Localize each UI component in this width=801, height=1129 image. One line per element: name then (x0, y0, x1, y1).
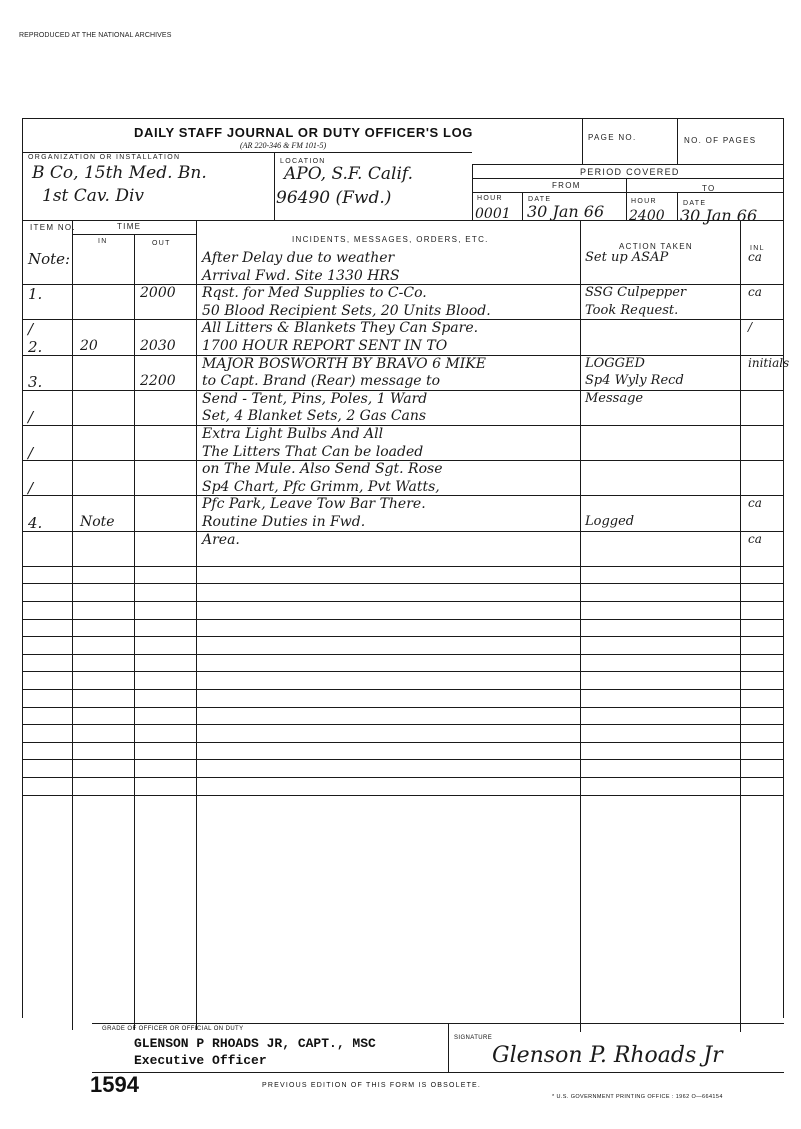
table-row: Note:After Delay due to weatherSet up AS… (22, 250, 784, 268)
form-subtitle: (AR 220-346 & FM 101-5) (240, 141, 326, 150)
location-line-1: APO, S.F. Calif. (284, 164, 413, 184)
officer-title: Executive Officer (134, 1053, 267, 1068)
time-out-label: OUT (152, 240, 171, 247)
row-incident-text: Extra Light Bulbs And All (202, 426, 383, 442)
obsolete-note: PREVIOUS EDITION OF THIS FORM IS OBSOLET… (262, 1082, 481, 1089)
row-incident-text: Sp4 Chart, Pfc Grimm, Pvt Watts, (202, 479, 440, 495)
time-label: TIME (117, 222, 141, 231)
table-row: Extra Light Bulbs And All (22, 426, 784, 444)
organization-line-1: B Co, 15th Med. Bn. (32, 163, 207, 183)
row-incident-text: Arrival Fwd. Site 1330 HRS (202, 268, 400, 284)
row-action-taken: SSG Culpepper (585, 285, 686, 300)
row-action-taken: Sp4 Wyly Recd (585, 373, 684, 388)
row-time-out: 2030 (140, 338, 176, 354)
from-hour-label: HOUR (477, 195, 503, 202)
table-row (22, 778, 784, 796)
table-row: Pfc Park, Leave Tow Bar There.ca (22, 496, 784, 514)
signature-label: SIGNATURE (454, 1035, 492, 1041)
row-item-no: / (28, 408, 33, 426)
form-number: 1594 (90, 1072, 139, 1098)
page-no-label: PAGE NO. (588, 133, 636, 142)
row-incident-text: Rqst. for Med Supplies to C-Co. (202, 285, 427, 301)
row-action-taken: Took Request. (585, 303, 678, 318)
officer-name: GLENSON P RHOADS JR, CAPT., MSC (134, 1036, 376, 1051)
row-time-in: 20 (80, 338, 98, 354)
table-row (22, 655, 784, 673)
no-of-pages-label: NO. OF PAGES (684, 136, 756, 145)
row-action-taken: Message (585, 391, 643, 406)
row-item-no: 2. (28, 338, 42, 356)
row-action-taken: Set up ASAP (585, 250, 668, 265)
row-item-no: 1. (28, 285, 42, 303)
table-row: Send - Tent, Pins, Poles, 1 WardMessage (22, 391, 784, 409)
table-row: Arrival Fwd. Site 1330 HRS (22, 268, 784, 286)
row-item-no: 3. (28, 373, 42, 391)
table-row (22, 637, 784, 655)
time-in-label: IN (98, 238, 108, 245)
table-row (22, 743, 784, 761)
location-line-2: 96490 (Fwd.) (276, 188, 391, 208)
row-time-in: Note (80, 514, 115, 530)
duty-officer-log-form: DAILY STAFF JOURNAL OR DUTY OFFICER'S LO… (22, 118, 784, 1018)
incidents-label: INCIDENTS, MESSAGES, ORDERS, ETC. (292, 235, 489, 244)
table-row: /Set, 4 Blanket Sets, 2 Gas Cans (22, 408, 784, 426)
table-row: /All Litters & Blankets They Can Spare./ (22, 320, 784, 338)
archive-stamp: REPRODUCED AT THE NATIONAL ARCHIVES (19, 32, 171, 39)
organization-label: ORGANIZATION OR INSTALLATION (28, 154, 180, 161)
row-inl: / (748, 320, 752, 334)
row-incident-text: Set, 4 Blanket Sets, 2 Gas Cans (202, 408, 426, 424)
table-row: /The Litters That Can be loaded (22, 444, 784, 462)
table-row: 2.2020301700 HOUR REPORT SENT IN TO (22, 338, 784, 356)
table-row (22, 549, 784, 567)
row-time-out: 2000 (140, 285, 176, 301)
printing-office-note: * U.S. GOVERNMENT PRINTING OFFICE : 1962… (552, 1094, 723, 1100)
signature: Glenson P. Rhoads Jr (492, 1043, 723, 1068)
row-incident-text: After Delay due to weather (202, 250, 394, 266)
table-row (22, 602, 784, 620)
row-inl: ca (748, 532, 762, 546)
row-time-out: 2200 (140, 373, 176, 389)
row-inl: ca (748, 285, 762, 299)
table-row: 50 Blood Recipient Sets, 20 Units Blood.… (22, 303, 784, 321)
period-covered-label: PERIOD COVERED (580, 167, 680, 177)
row-incident-text: 1700 HOUR REPORT SENT IN TO (202, 338, 447, 354)
row-incident-text: on The Mule. Also Send Sgt. Rose (202, 461, 442, 477)
table-row (22, 567, 784, 585)
table-row (22, 620, 784, 638)
row-incident-text: The Litters That Can be loaded (202, 444, 423, 460)
row-inl: ca (748, 496, 762, 510)
table-row (22, 760, 784, 778)
table-row (22, 672, 784, 690)
row-inl: ca (748, 250, 762, 264)
to-hour-value: 2400 (629, 208, 665, 224)
table-row: /Sp4 Chart, Pfc Grimm, Pvt Watts, (22, 479, 784, 497)
row-incident-text: All Litters & Blankets They Can Spare. (202, 320, 478, 336)
border-top (22, 118, 784, 119)
table-row (22, 690, 784, 708)
table-row: on The Mule. Also Send Sgt. Rose (22, 461, 784, 479)
row-incident-text: Pfc Park, Leave Tow Bar There. (202, 496, 426, 512)
to-hour-label: HOUR (631, 198, 657, 205)
form-title: DAILY STAFF JOURNAL OR DUTY OFFICER'S LO… (134, 125, 473, 140)
table-row: 1.2000Rqst. for Med Supplies to C-Co.SSG… (22, 285, 784, 303)
table-row: 3.2200to Capt. Brand (Rear) message toSp… (22, 373, 784, 391)
row-incident-text: MAJOR BOSWORTH BY BRAVO 6 MIKE (202, 356, 486, 372)
row-incident-text: Routine Duties in Fwd. (202, 514, 365, 530)
from-label: FROM (552, 181, 581, 190)
table-row (22, 725, 784, 743)
table-row: 4.NoteRoutine Duties in Fwd.Logged (22, 514, 784, 532)
table-row: MAJOR BOSWORTH BY BRAVO 6 MIKELOGGEDinit… (22, 356, 784, 374)
row-action-taken: LOGGED (585, 356, 645, 371)
row-incident-text: Send - Tent, Pins, Poles, 1 Ward (202, 391, 427, 407)
to-date-value: 30 Jan 66 (680, 206, 757, 225)
grade-label: GRADE OF OFFICER OR OFFICIAL ON DUTY (102, 1026, 244, 1032)
row-inl: initials (748, 356, 789, 370)
table-row (22, 584, 784, 602)
row-incident-text: 50 Blood Recipient Sets, 20 Units Blood. (202, 303, 491, 319)
from-date-value: 30 Jan 66 (527, 202, 604, 221)
table-row: Area.ca (22, 532, 784, 550)
row-item-no: / (28, 444, 33, 462)
row-item-no: / (28, 479, 33, 497)
row-action-taken: Logged (585, 514, 634, 529)
row-incident-text: to Capt. Brand (Rear) message to (202, 373, 440, 389)
organization-line-2: 1st Cav. Div (42, 186, 144, 206)
item-no-label: ITEM NO. (30, 223, 76, 232)
row-incident-text: Area. (202, 532, 240, 548)
row-item-no: / (28, 320, 33, 338)
table-row (22, 708, 784, 726)
row-item-no: 4. (28, 514, 42, 532)
row-item-no: Note: (28, 250, 70, 268)
